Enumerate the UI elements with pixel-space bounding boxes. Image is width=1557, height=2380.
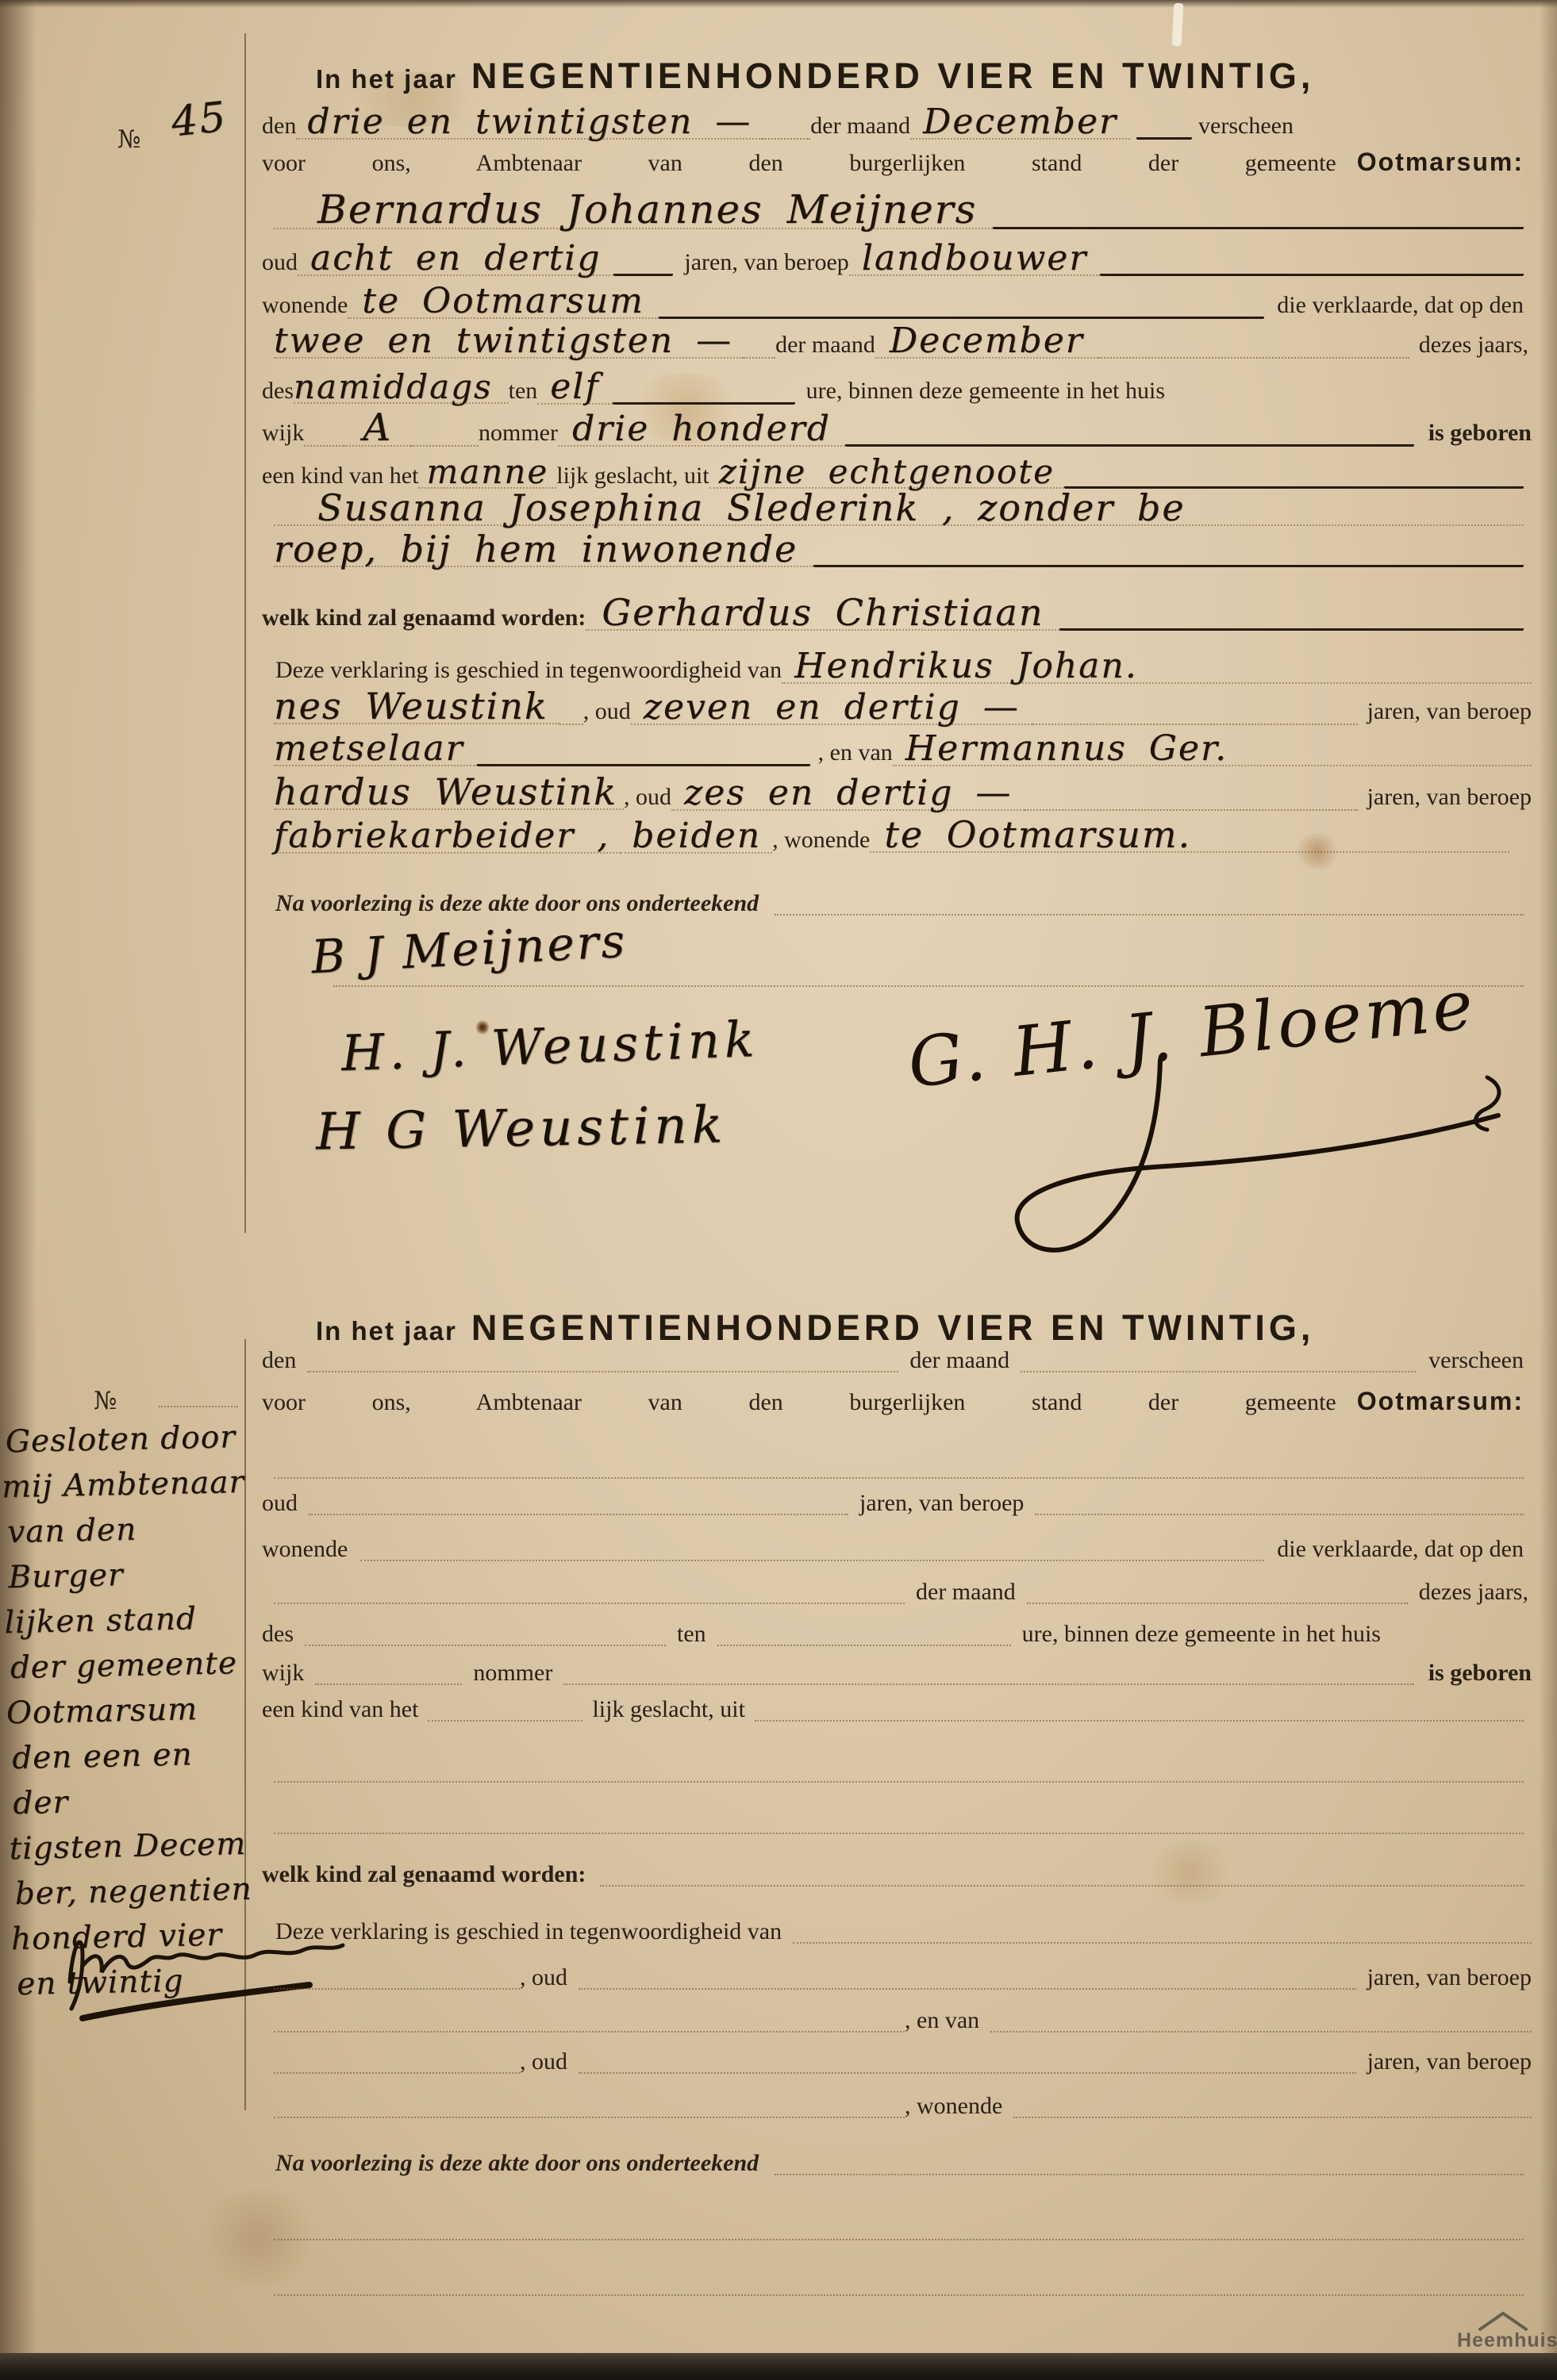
act2-header-intro: In het jaar [316,1316,457,1346]
label-is-geboren-2: is geboren [1428,1661,1532,1685]
act1-row-moeder1: Susanna Josephina Slederink , zonder be [274,492,1524,526]
margin-note-line: ber, negentien [10,1867,256,1917]
act2-blank-line [274,2294,1524,2296]
entry-birth-day: twee en twintigsten — [274,325,744,359]
signature-registrar-flourish: G. H. J. Bloeme [897,984,1532,1269]
act2-blank-line [274,2239,1524,2240]
label-gemeente-2: Ootmarsum: [1357,1387,1524,1416]
label-der-maand-2: der maand [775,333,875,357]
label-jaren-beroep-b: jaren, van beroep [859,1491,1024,1515]
act2-blank-line [274,1781,1524,1783]
label-der-maand-b2: der maand [905,1580,1027,1604]
signature-witness2: H G Weustink [315,1096,728,1161]
label-na-voorlezing: Na voorlezing is deze akte door ons onde… [275,892,759,916]
act1-row-getuigen4: hardus Weustink , oud zes en dertig — ja… [274,776,1532,811]
act2-row-wijk: wijk nommer is geboren [262,1661,1532,1685]
record-number-label: № [117,125,140,154]
form-margin-rule-top [244,33,246,1233]
label-verscheen: verscheen [1198,114,1294,138]
label-oud: oud [262,251,298,274]
act2-row-getuigen2: , oud jaren, van beroep [274,1966,1532,1990]
act2-row-kind: een kind van het lijk geslacht, uit [262,1698,1524,1722]
act1-row-ambtenaar: voor ons, Ambtenaar van den burgerlijken… [262,148,1524,177]
margin-note-line: tigsten Decem [9,1821,256,1871]
label-verklaarde-2: die verklaarde, dat op den [1277,1537,1524,1561]
label-verklaarde: die verklaarde, dat op den [1277,294,1524,317]
label-comma-wonende-2: , wonende [905,2094,1002,2118]
page-top-shadow [0,0,1557,8]
label-voor-ons-2: voor ons, Ambtenaar van den burgerlijken… [262,1391,1336,1415]
label-comma-oud-b1: , oud [520,1966,567,1990]
act2-row-kindnaam: welk kind zal genaamd worden: [262,1863,1524,1887]
act1-row-getuigen1: Deze verklaring is geschied in tegenwoor… [275,651,1532,684]
page-left-shadow [0,0,37,2380]
act1-row-getuigen3: metselaar , en van Hermannus Ger. [274,733,1532,766]
label-een-kind-2: een kind van het [262,1698,418,1722]
entry-beiden: beiden [621,820,772,854]
label-comma-wonende: , wonende [772,828,870,852]
act2-row-getuigen4: , oud jaren, van beroep [274,2050,1532,2074]
label-na-voorlezing-2: Na voorlezing is deze akte door ons onde… [275,2152,759,2175]
label-den-2: den [262,1349,296,1372]
act2-row-ambtenaar: voor ons, Ambtenaar van den burgerlijken… [262,1387,1524,1416]
label-wonende-2: wonende [262,1537,348,1561]
act1-row-birthdate: twee en twintigsten — der maand December… [274,325,1528,359]
label-den: den [262,114,296,138]
entry-moeder-2: roep, bij hem inwonende [274,533,813,567]
margin-note-line: lijken stand [4,1595,251,1645]
act1-row-voorlezing: Na voorlezing is deze akte door ons onde… [275,892,1524,916]
entry-wijk: A [344,411,411,447]
label-is-geboren: is geboren [1428,421,1532,445]
act1-row-getuigen5: fabriekarbeider , beiden , wonende te Oo… [274,819,1509,854]
entry-getuige1-beroep: metselaar [274,733,477,766]
entry-declarant: Bernardus Johannes Meijners [274,192,993,229]
act1-row-moeder2: roep, bij hem inwonende [274,533,1524,567]
label-dezes-jaars-2: dezes jaars, [1419,1580,1528,1604]
label-wonende: wonende [262,294,348,317]
label-ure: ure, binnen deze gemeente in het huis [806,379,1165,403]
entry-echtgenoote: zijne echtgenoote [709,457,1064,489]
act2-row-getuigen5: , wonende [274,2094,1532,2118]
label-geslacht-2: lijk geslacht, uit [592,1698,744,1722]
label-wijk: wijk [262,421,304,445]
entry-birth-month: December [875,325,1098,359]
act2-blank-line [274,1833,1524,1834]
label-jaren-beroep-g2: jaren, van beroep [1367,785,1532,809]
label-jaren-beroep-b2: jaren, van beroep [1367,2050,1532,2074]
label-verscheen-2: verscheen [1428,1349,1524,1372]
label-ure-2: ure, binnen deze gemeente in het huis [1022,1622,1381,1646]
label-der-maand: der maand [810,114,910,138]
act2-row-age: oud jaren, van beroep [262,1491,1524,1515]
label-gemeente: Ootmarsum: [1357,148,1524,177]
entry-woonplaats: te Ootmarsum [348,286,659,319]
entry-huisnummer: drie honderd [558,413,845,447]
act2-row-getuigen3: , en van [274,2009,1532,2033]
act1-row-getuigen2: nes Weustink , oud zeven en dertig — jar… [274,690,1532,725]
entry-geslacht: manne [418,457,556,489]
label-welk-kind: welk kind zal genaamd worden: [262,606,586,630]
label-comma-oud-b2: , oud [520,2050,567,2074]
margin-note-line: mij Ambtenaar [1,1460,248,1510]
label-en-van-2: , en van [905,2009,979,2033]
label-een-kind: een kind van het [262,464,418,488]
label-comma-oud-1: , oud [583,700,631,724]
entry-getuige1-naam-a: Hendrikus Johan. [782,651,1532,684]
entry-getuige2-beroep: fabriekarbeider , [274,820,621,854]
margin-note-line: Ootmarsum [6,1686,252,1736]
record-number-value: 45 [170,98,229,141]
act1-row-wonende: wonende te Ootmarsum die verklaarde, dat… [262,286,1524,319]
entry-age: acht en dertig [298,243,613,276]
label-dezes-jaars: dezes jaars, [1419,333,1528,357]
scanned-birth-certificate-page: № 45 In het jaar NEGENTIENHONDERD VIER E… [0,0,1557,2380]
entry-month: December [910,106,1130,140]
act2-header-year: NEGENTIENHONDERD VIER EN TWINTIG, [471,1307,1315,1349]
label-wijk-2: wijk [262,1661,304,1685]
entry-beroep: landbouwer [849,243,1101,276]
act2-row-time: des ten ure, binnen deze gemeente in het… [262,1622,1532,1646]
signature-witness1: H. J. Weustink [340,1010,760,1082]
entry-getuige1-leeftijd: zeven en dertig — [631,692,1032,725]
act2-row-birthdate: der maand dezes jaars, [274,1580,1528,1604]
entry-uur: elf [537,371,612,405]
label-geslacht: lijk geslacht, uit [556,464,709,488]
margin-note-line: van den Burger [2,1505,250,1600]
label-der-maand-b: der maand [898,1349,1021,1372]
label-comma-oud-2: , oud [624,785,671,809]
scan-bottom-edge [0,2353,1557,2380]
signature-registrar-text: G. H. J. Bloeme [905,984,1480,1104]
label-jaren-beroep: jaren, van beroep [684,251,848,274]
entry-getuige2-naam-b: hardus Weustink [274,776,624,810]
act2-row-voorlezing: Na voorlezing is deze akte door ons onde… [275,2152,1524,2175]
act2-blank-line [274,1477,1524,1479]
label-welk-kind-2: welk kind zal genaamd worden: [262,1863,586,1887]
label-verklaring: Deze verklaring is geschied in tegenwoor… [275,658,782,682]
entry-getuige2-leeftijd: zes en dertig — [671,777,1025,811]
entry-day: drie en twintigsten — [296,106,763,140]
paper-tear-highlight [1172,3,1184,47]
label-des-2: des [262,1622,294,1646]
act1-row-kind: een kind van het manne lijk geslacht, ui… [262,457,1524,489]
label-voor-ons: voor ons, Ambtenaar van den burgerlijken… [262,152,1336,175]
paper-stain [190,2190,325,2285]
label-oud-2: oud [262,1491,298,1515]
entry-dagdeel: namiddags [294,372,509,404]
watermark-title: Heemhuis [1457,2331,1549,2351]
label-ten-2: ten [677,1622,706,1646]
act1-row-date: den drie en twintigsten — der maand Dece… [262,106,1524,140]
label-nommer-2: nommer [473,1661,552,1685]
act1-row-age-beroep: oud acht en dertig jaren, van beroep lan… [262,243,1524,276]
entry-getuige1-naam-b: nes Weustink [274,690,559,724]
act2-row-getuigen1: Deze verklaring is geschied in tegenwoor… [275,1920,1532,1944]
margin-note-line: den een en der [7,1731,255,1826]
page-right-shadow [1540,0,1557,2380]
label-jaren-beroep-g1: jaren, van beroep [1367,700,1532,724]
record-number-label-2: № [94,1387,117,1415]
margin-note-line: Gesloten door [0,1415,247,1464]
act1-header-intro: In het jaar [316,64,457,94]
label-des: des [262,379,294,403]
label-jaren-beroep-b1: jaren, van beroep [1367,1966,1532,1990]
act1-row-declarant: Bernardus Johannes Meijners [274,192,1524,229]
act1-row-time: des namiddags ten elf ure, binnen deze g… [262,371,1532,405]
entry-woonplaats-getuigen: te Ootmarsum. [870,819,1509,853]
entry-moeder-1: Susanna Josephina Slederink , zonder be [274,492,1524,526]
signature-declarant: B J Meijners [309,914,628,985]
label-en-van: , en van [818,741,893,765]
label-ten: ten [509,379,538,403]
label-verklaring-2: Deze verklaring is geschied in tegenwoor… [275,1920,782,1944]
entry-getuige2-naam-a: Hermannus Ger. [893,733,1532,766]
act1-header-year: NEGENTIENHONDERD VIER EN TWINTIG, [471,56,1315,97]
act1-row-kindnaam: welk kind zal genaamd worden: Gerhardus … [262,597,1524,631]
label-nommer: nommer [479,421,558,445]
margin-number-dotline [159,1406,238,1407]
entry-kind-naam: Gerhardus Christiaan [586,597,1059,631]
roof-icon [1475,2310,1531,2331]
act1-header: In het jaar NEGENTIENHONDERD VIER EN TWI… [316,56,1314,97]
act2-header: In het jaar NEGENTIENHONDERD VIER EN TWI… [316,1307,1314,1349]
act1-row-wijk: wijk A nommer drie honderd is geboren [262,411,1532,447]
margin-note-line: der gemeente [5,1641,252,1691]
act2-row-wonende: wonende die verklaarde, dat op den [262,1537,1524,1561]
act2-row-date: den der maand verscheen [262,1349,1524,1372]
